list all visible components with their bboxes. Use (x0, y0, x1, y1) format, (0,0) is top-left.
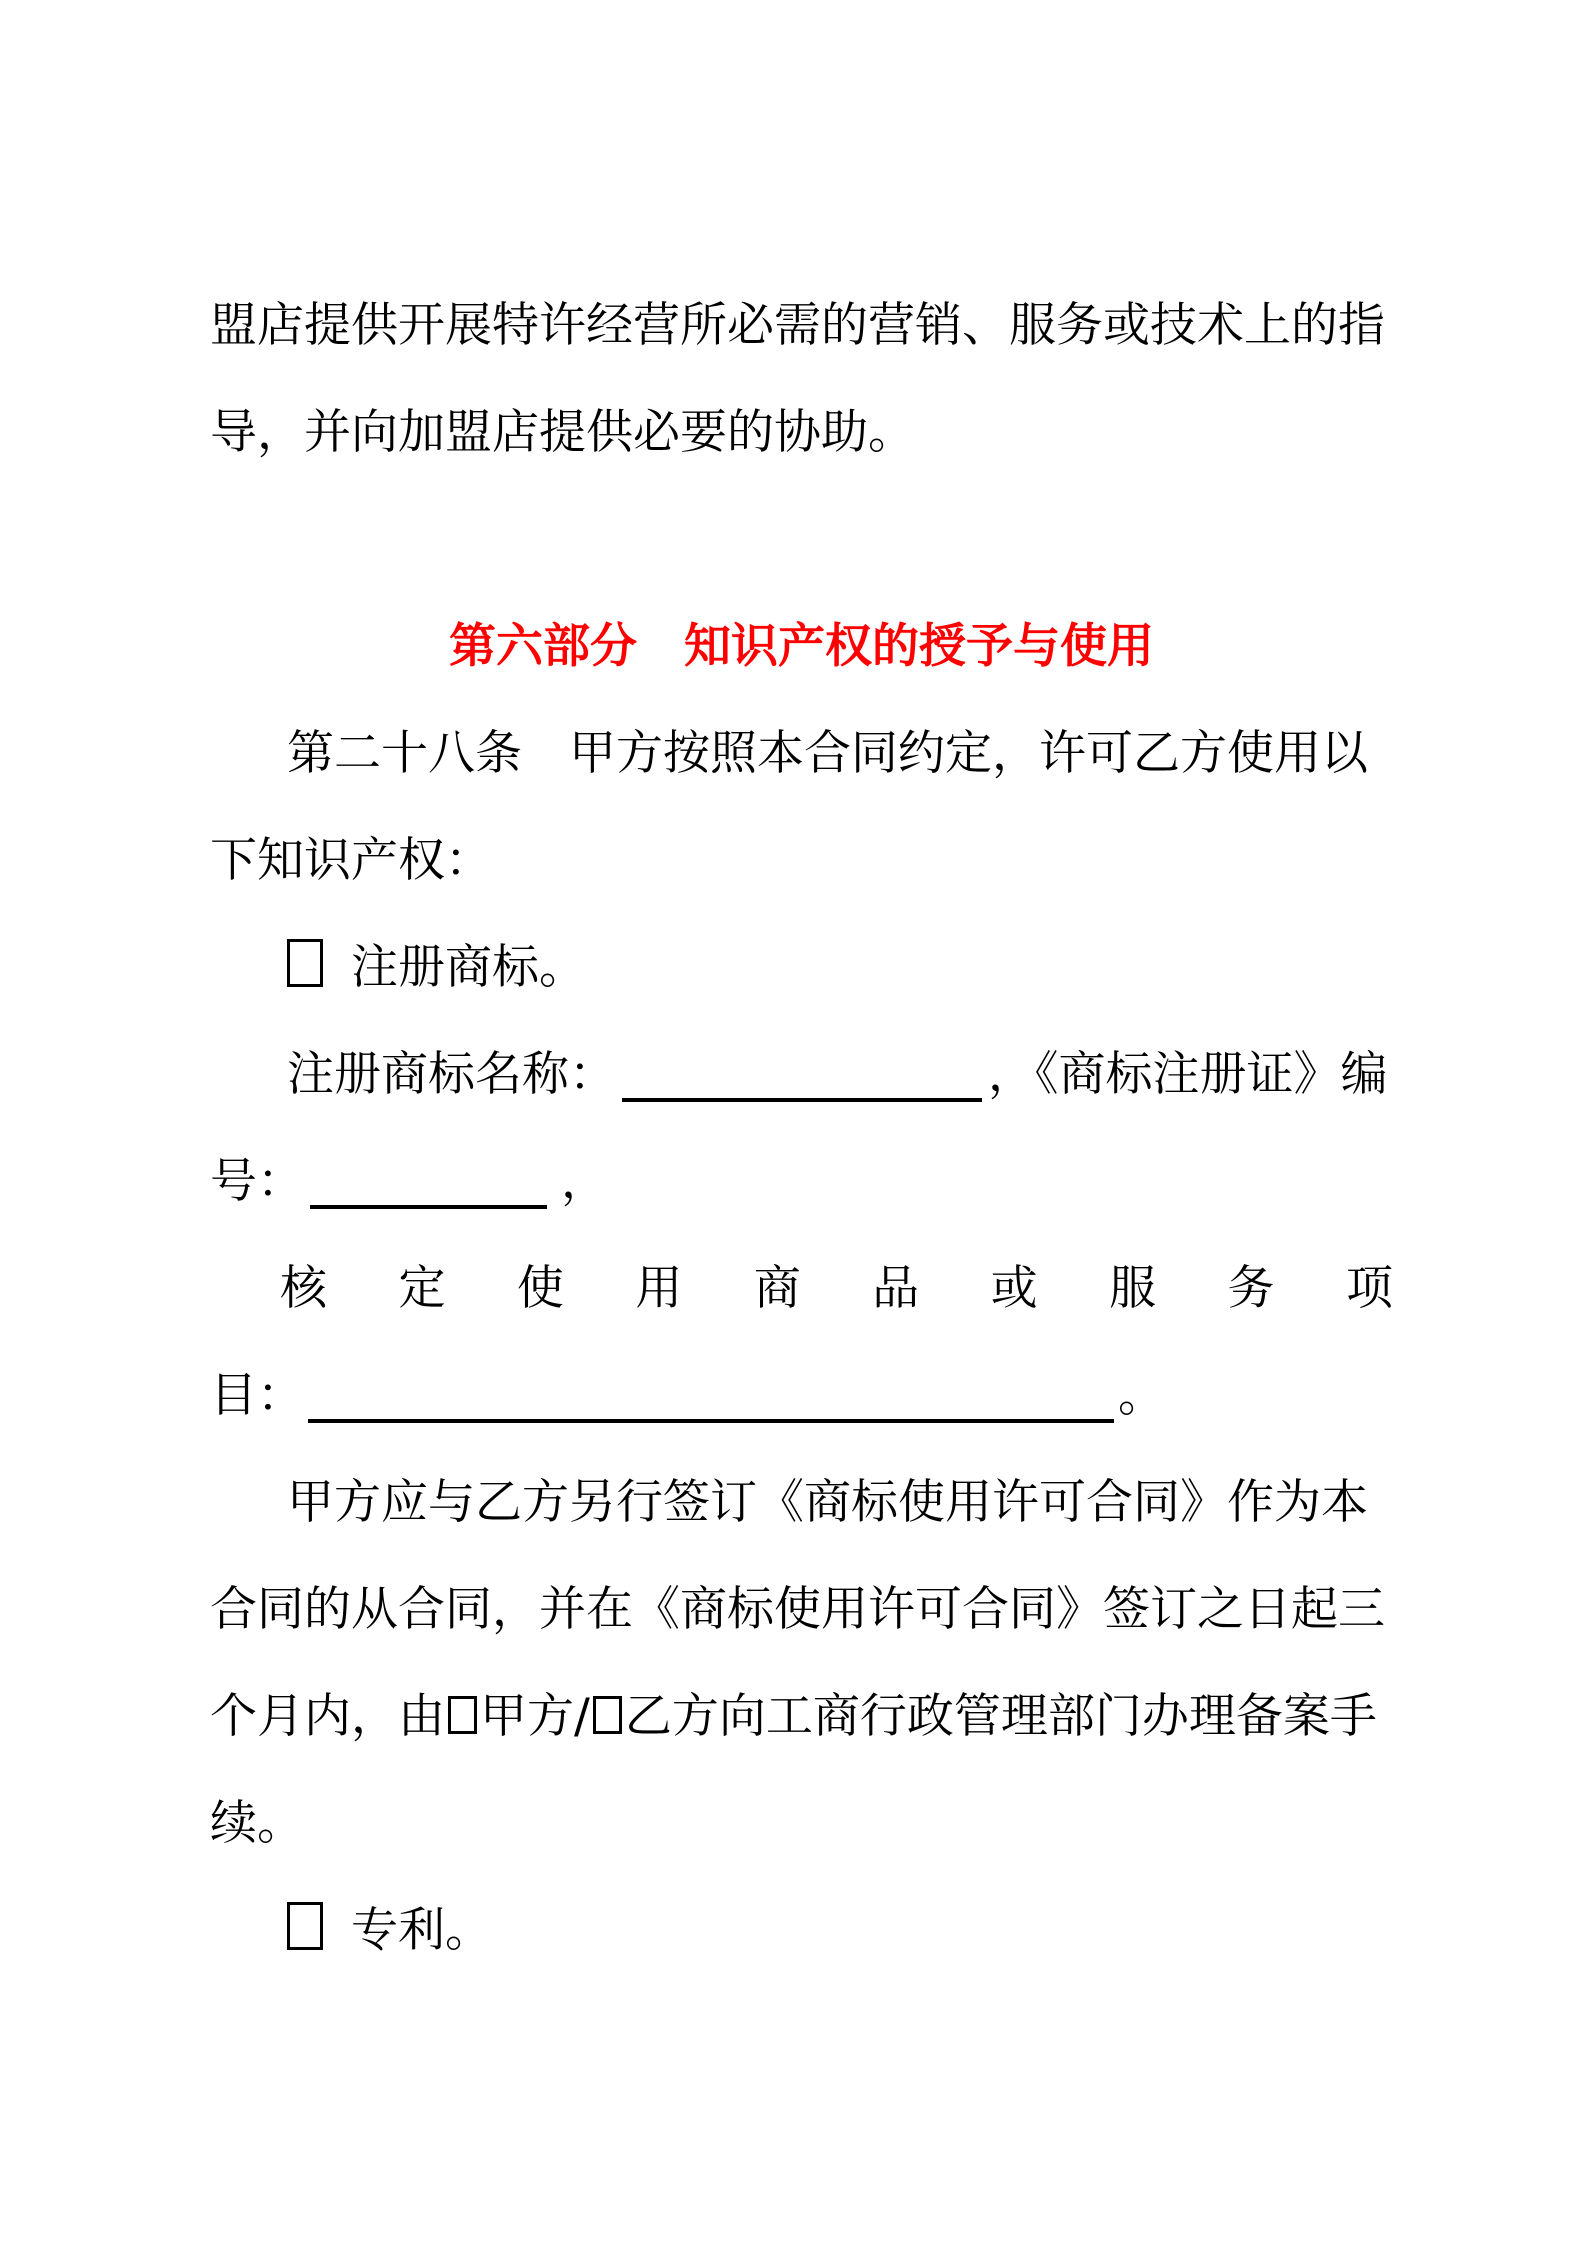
checkbox-icon (287, 1902, 323, 1950)
text-segment: 甲方/ (480, 1689, 590, 1744)
text-segment: 乙方向工商行政管理部门办理备案手 (625, 1689, 1377, 1744)
approved-goods-line: 核 定 使 用 商 品 或 服 务 项 (280, 1235, 1393, 1342)
paragraph-line: 下知识产权： (210, 807, 1393, 914)
char: 或 (991, 1235, 1038, 1342)
field-suffix: ， (561, 1154, 608, 1209)
text-segment: 个月内，由 (210, 1689, 445, 1744)
char: 定 (398, 1235, 445, 1342)
checkbox-option-trademark: 注册商标。 (210, 914, 1393, 1021)
fill-in-blank (308, 1419, 1114, 1423)
paragraph-line: 合同的从合同，并在《商标使用许可合同》签订之日起三 (210, 1556, 1393, 1663)
char: 核 (280, 1235, 327, 1342)
checkbox-option-patent: 专利。 (210, 1877, 1393, 1984)
paragraph-line: 甲方应与乙方另行签订《商标使用许可合同》作为本 (210, 1449, 1393, 1556)
trademark-name-line: 注册商标名称：，《商标注册证》编 (210, 1021, 1393, 1128)
filing-party-line: 个月内，由甲方/乙方向工商行政管理部门办理备案手 (210, 1663, 1393, 1770)
spacer-line (210, 486, 1393, 593)
field-label: 目： (210, 1368, 304, 1423)
paragraph-line: 盟店提供开展特许经营所必需的营销、服务或技术上的指 (210, 272, 1393, 379)
clause-28-line: 第二十八条 甲方按照本合同约定，许可乙方使用以 (210, 700, 1393, 807)
char: 使 (517, 1235, 564, 1342)
fill-in-blank (310, 1205, 547, 1209)
contract-page: 盟店提供开展特许经营所必需的营销、服务或技术上的指 导，并向加盟店提供必要的协助… (0, 0, 1587, 2245)
field-suffix: 。 (1118, 1368, 1165, 1423)
goods-items-line: 目：。 (210, 1342, 1393, 1449)
char: 项 (1346, 1235, 1393, 1342)
checkbox-icon-party-b (593, 1696, 622, 1734)
checkbox-icon-party-a (448, 1696, 477, 1734)
checkbox-label: 注册商标。 (351, 940, 586, 995)
char: 用 (635, 1235, 682, 1342)
paragraph-line: 导，并向加盟店提供必要的协助。 (210, 379, 1393, 486)
field-suffix: ，《商标注册证》编 (988, 1047, 1388, 1102)
char: 商 (754, 1235, 801, 1342)
section-heading: 第六部分 知识产权的授予与使用 (210, 593, 1393, 700)
char: 务 (1228, 1235, 1275, 1342)
checkbox-icon (287, 939, 323, 987)
checkbox-label: 专利。 (351, 1903, 492, 1958)
field-label: 注册商标名称： (287, 1047, 616, 1102)
char: 品 (872, 1235, 919, 1342)
certificate-number-line: 号：， (210, 1128, 1393, 1235)
fill-in-blank (622, 1098, 982, 1102)
field-label: 号： (210, 1154, 304, 1209)
paragraph-line: 续。 (210, 1770, 1393, 1877)
char: 服 (1109, 1235, 1156, 1342)
